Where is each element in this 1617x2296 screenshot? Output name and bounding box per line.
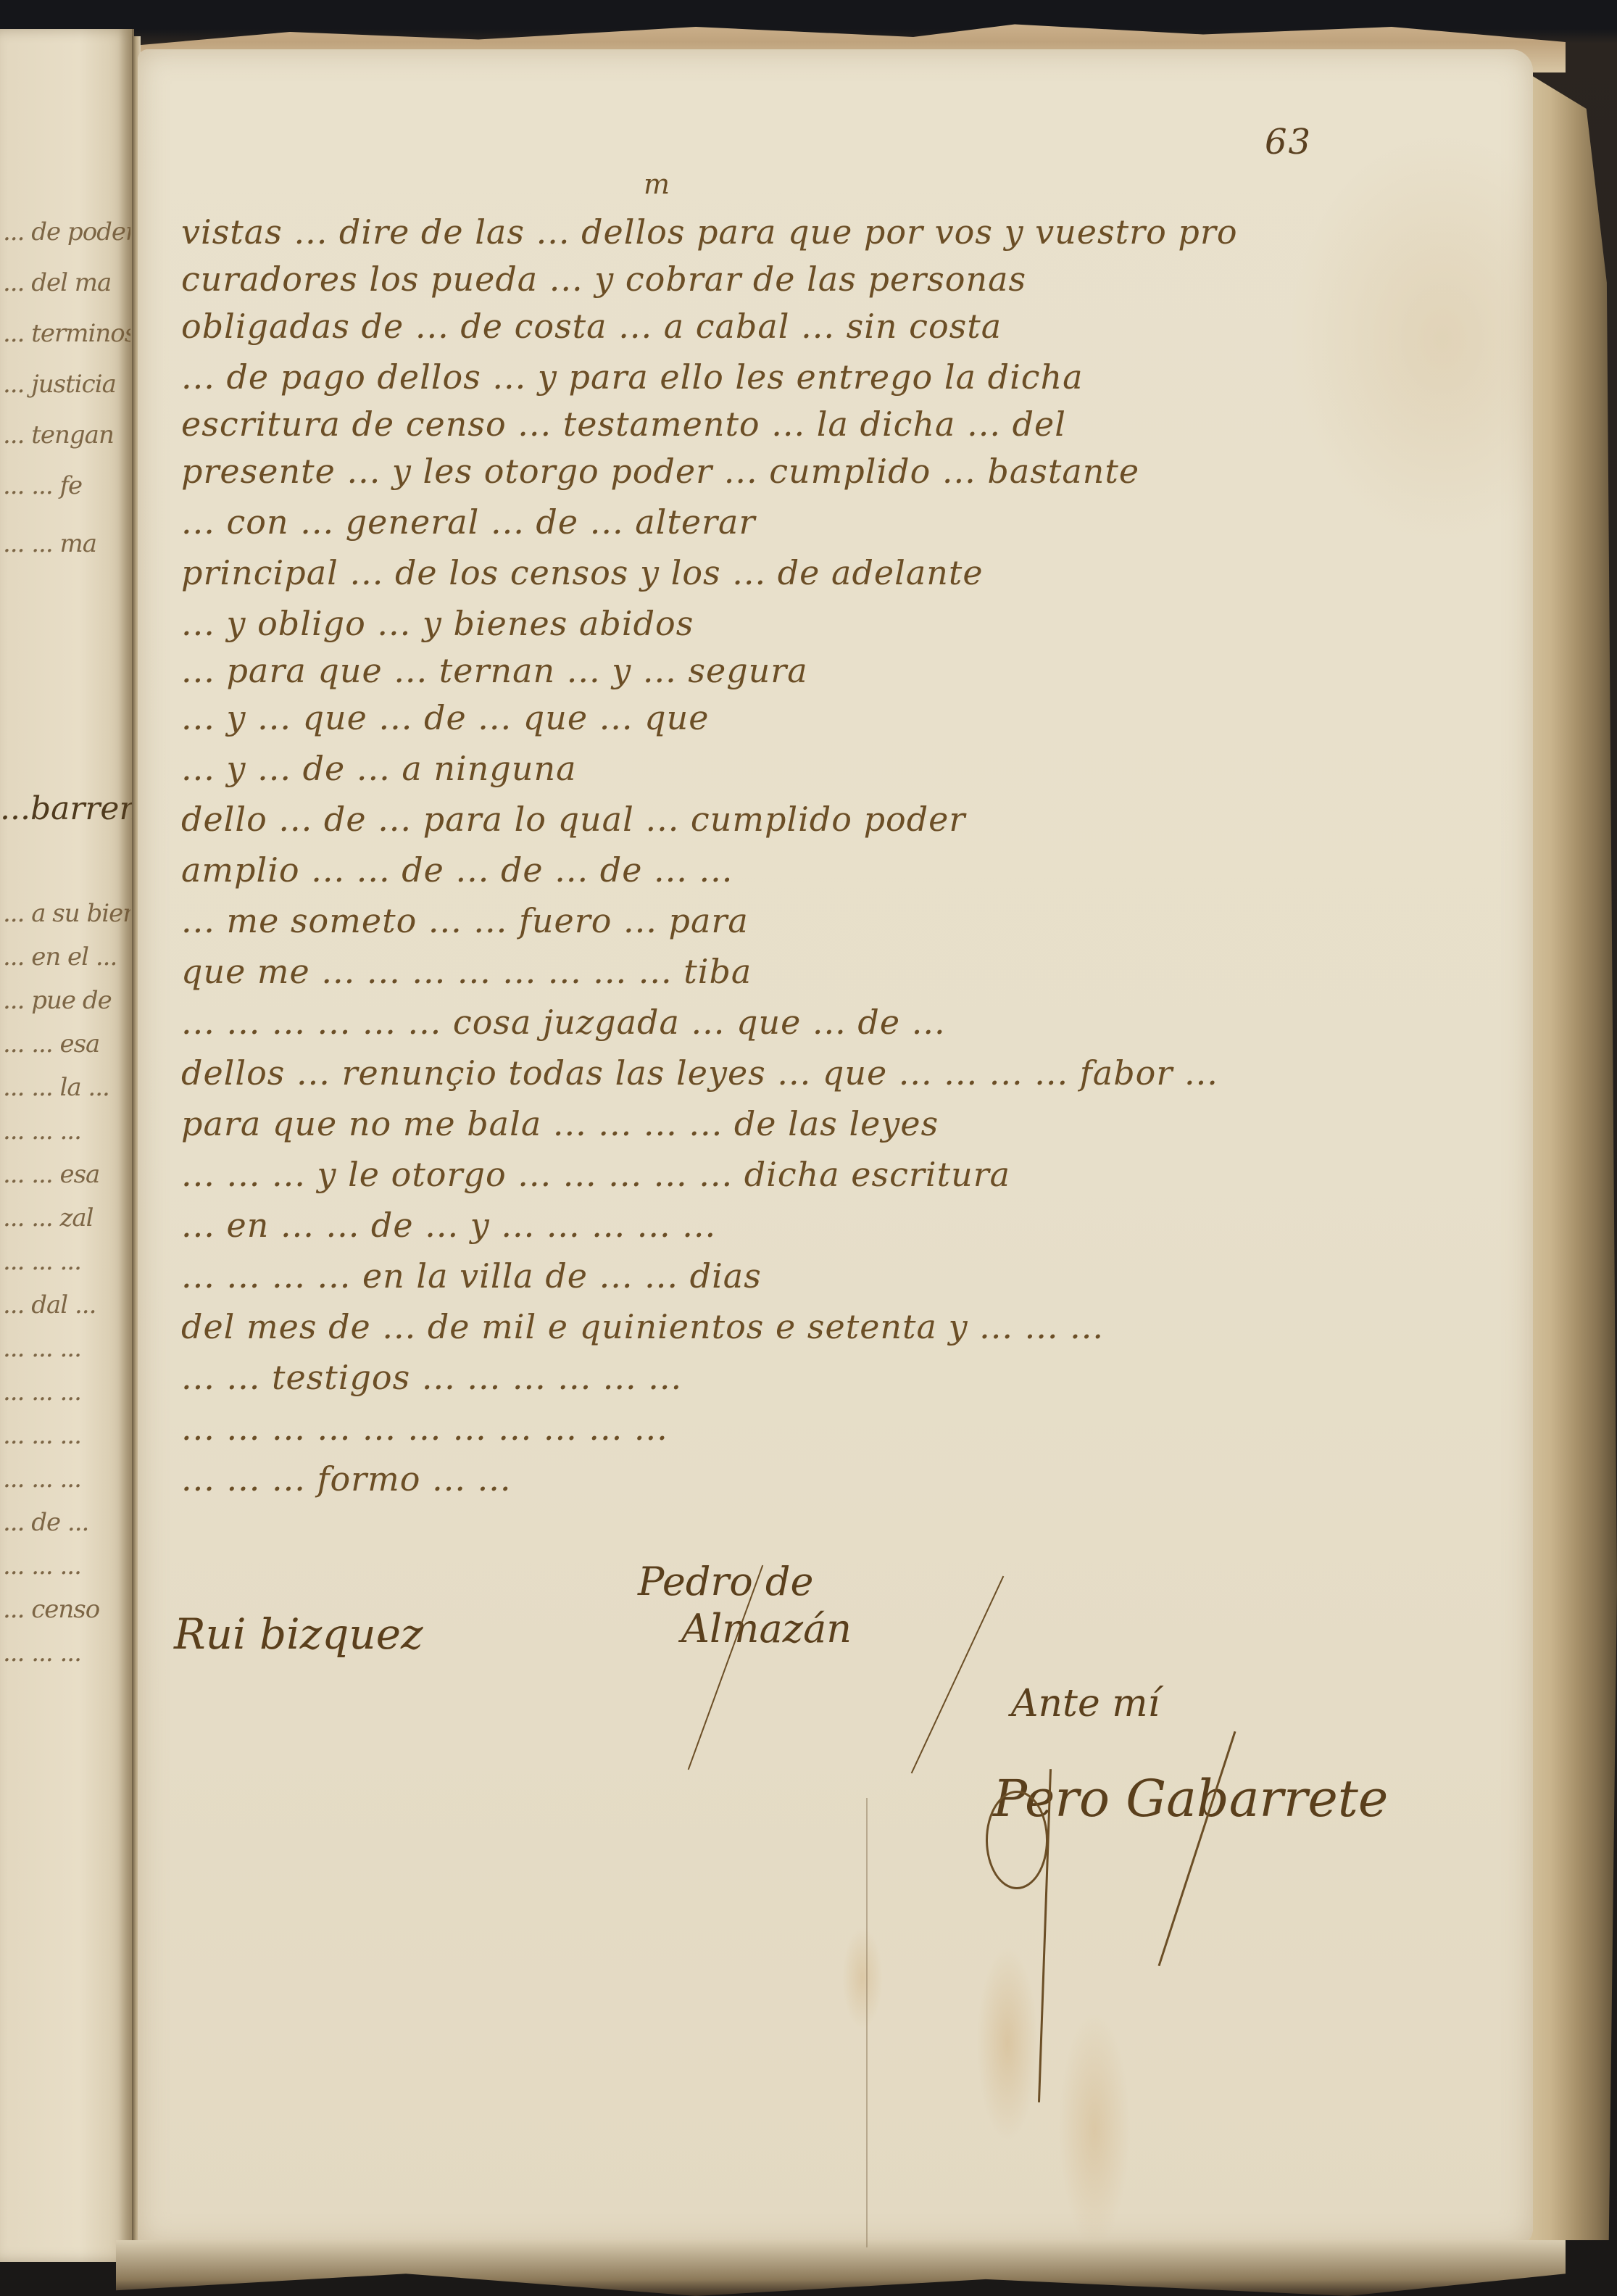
paper-crease [866,1798,868,2247]
text-line: ... y ... que ... de ... que ... que [181,696,1471,742]
text-line: que me ... ... ... ... ... ... ... ... t… [181,950,1471,996]
left-page-line: ... dal ... [3,1290,130,1322]
notary-ante-mi: Ante mí [1011,1682,1160,1725]
text-line: ... ... ... ... ... ... cosa juzgada ...… [181,1000,1471,1047]
text-line: amplio ... ... de ... de ... de ... ... [181,848,1471,895]
left-facing-page: ... de poder ... del ma ... terminos ...… [0,29,134,2262]
left-page-line: ... ... ... [3,1638,130,1670]
left-page-line: ... ... ... [3,1421,130,1453]
left-page-line: ... censo [3,1595,130,1627]
text-line: ... para que ... ternan ... y ... segura [181,649,1471,695]
text-line: curadores los pueda ... y cobrar de las … [181,257,1471,304]
left-page-line: ... del ma [3,268,130,300]
superscript-abbreviation: m [644,168,670,200]
signature-pedro-line2: Almazán [681,1606,852,1651]
text-line: del mes de ... de mil e quinientos e set… [181,1305,1471,1351]
left-page-line: ... ... ... [3,1334,130,1366]
left-page-line: ... pue de [3,986,130,1018]
text-line: ... ... ... ... ... ... ... ... ... ... … [181,1406,1471,1453]
left-page-line: ... de ... [3,1508,130,1540]
text-line: para que no me bala ... ... ... ... de l… [181,1102,1471,1148]
left-page-line: ... de poder [3,217,130,249]
left-page-line: ... ... esa [3,1029,130,1061]
notary-signature: Pero Gabarrete [993,1769,1388,1828]
left-page-line: ... ... ... [3,1464,130,1496]
text-line: dello ... de ... para lo qual ... cumpli… [181,797,1471,844]
text-line: presente ... y les otorgo poder ... cump… [181,449,1471,496]
left-page-line: ... justicia [3,370,130,402]
text-line: ... y obligo ... y bienes abidos [181,602,1471,648]
text-line: ... y ... de ... a ninguna [181,747,1471,793]
left-page-line: ... ... zal [3,1203,130,1235]
text-line: ... me someto ... ... fuero ... para [181,899,1471,945]
text-line: dellos ... renunçio todas las leyes ... … [181,1051,1471,1098]
text-line: obligadas de ... de costa ... a cabal ..… [181,304,1471,351]
left-page-line: ... ... esa [3,1160,130,1192]
left-page-line: ... en el ... [3,942,130,974]
text-line: ... ... ... formo ... ... [181,1457,1471,1504]
left-page-line: ... ... ... [3,1116,130,1148]
left-page-line: ... ... ... [3,1247,130,1279]
left-page-line: ... ... fe [3,471,130,503]
signature-rui-bizquez: Rui bizquez [174,1609,423,1659]
text-line: ... de pago dellos ... y para ello les e… [181,355,1471,402]
text-line: ... con ... general ... de ... alterar [181,500,1471,547]
left-page-line: ... ... ma [3,529,130,561]
text-line: vistas ... dire de las ... dellos para q… [181,210,1471,257]
left-page-line: ... tengan [3,420,130,452]
text-line: ... ... testigos ... ... ... ... ... ... [181,1356,1471,1402]
left-page-line: ... ... la ... [3,1073,130,1105]
signature-pedro-line1: Pedro de [638,1559,813,1604]
left-page-line: ... a su bien [3,899,130,931]
text-line: escritura de censo ... testamento ... la… [181,402,1471,449]
text-line: ... ... ... y le otorgo ... ... ... ... … [181,1153,1471,1199]
text-line: ... en ... ... de ... y ... ... ... ... … [181,1203,1471,1250]
text-line: ... ... ... ... en la villa de ... ... d… [181,1254,1471,1301]
notary-flourish-loop [986,1791,1048,1889]
left-page-line: ... ... ... [3,1551,130,1583]
folio-number: 63 [1265,122,1312,162]
left-page-line: ... ... ... [3,1377,130,1409]
text-line: principal ... de los censos y los ... de… [181,551,1471,597]
left-page-line: ... terminos [3,319,130,351]
